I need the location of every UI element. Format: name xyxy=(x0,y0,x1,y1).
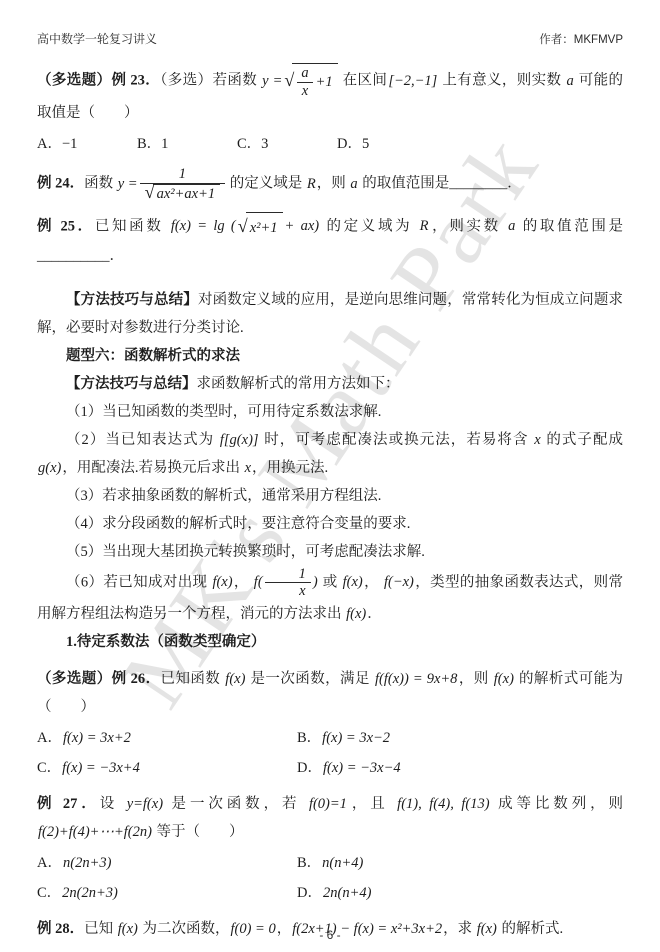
problem-27-option-c: C．2n(2n+3) xyxy=(37,880,297,906)
math-run: x xyxy=(301,83,309,99)
problem-26-stem: （多选题）例 26．已知函数 f(x) 是一次函数，满足 f(f(x)) = 9… xyxy=(37,665,623,721)
math-run: 2n(n+4) xyxy=(322,885,372,901)
text-run: D． xyxy=(297,885,322,901)
radicand: ax+1 xyxy=(292,63,337,99)
math-run: + ax) xyxy=(284,218,321,234)
math-run: x²+1 xyxy=(249,214,279,242)
text-run: A． xyxy=(37,730,62,746)
text-run: 已知函数 xyxy=(95,218,170,234)
math-run: [−2,−1] xyxy=(387,73,438,89)
bold-text-run: 【方法技巧与总结】 xyxy=(66,292,198,308)
problem-26-options-row-2: C．f(x) = −3x+4 D．f(x) = −3x−4 xyxy=(37,755,623,781)
document-body: （多选题）例 23．（多选）若函数 y =√ax+1 在区间[−2,−1] 上有… xyxy=(37,63,623,943)
bold-text-run: （多选题）例 23． xyxy=(37,73,160,89)
text-run: ，则 xyxy=(317,176,350,192)
text-run: B． xyxy=(297,855,321,871)
method-summary-analytic: 【方法技巧与总结】求函数解析式的常用方法如下： xyxy=(37,370,623,398)
fraction: 1√ax²+ax+1 xyxy=(140,166,226,202)
text-run: D． xyxy=(297,760,322,776)
text-run: （3）若求抽象函数的解析式，通常采用方程组法. xyxy=(66,488,381,504)
text-run: 是一次函数，满足 xyxy=(246,671,374,687)
text-run: A． xyxy=(37,855,62,871)
fraction-numerator: 1 xyxy=(265,566,311,583)
math-run: +1 xyxy=(315,68,334,96)
radicand: x²+1 xyxy=(246,212,283,242)
sqrt-radical: √ax²+ax+1 xyxy=(145,184,221,203)
bold-text-run: 【方法技巧与总结】 xyxy=(66,376,197,392)
method-summary-domain: 【方法技巧与总结】对函数定义域的应用，是逆向思维问题，常常转化为恒成立问题求解，… xyxy=(37,286,623,342)
text-run: （2）当已知表达式为 xyxy=(66,432,219,448)
text-run: 等于（ ） xyxy=(153,824,244,840)
problem-23-options: A．−1 B．1 C．3 D．5 xyxy=(37,131,623,157)
subsection-1-heading: 1.待定系数法（函数类型确定） xyxy=(37,628,623,656)
math-run: 2n(2n+3) xyxy=(61,885,119,901)
text-run: ． xyxy=(367,606,382,622)
method-item-3: （3）若求抽象函数的解析式，通常采用方程组法. xyxy=(37,482,623,510)
problem-23-option-c: C．3 xyxy=(237,131,337,157)
math-run: a xyxy=(507,218,516,234)
math-run: a xyxy=(349,176,358,192)
text-run: B． xyxy=(297,730,321,746)
text-run: B．1 xyxy=(137,136,168,152)
problem-23-stem: （多选题）例 23．（多选）若函数 y =√ax+1 在区间[−2,−1] 上有… xyxy=(37,63,623,127)
method-item-5: （5）当出现大基团换元转换繁琐时，可考虑配凑法求解. xyxy=(37,538,623,566)
text-run: C． xyxy=(37,760,61,776)
problem-26-options-row-1: A．f(x) = 3x+2 B．f(x) = 3x−2 xyxy=(37,725,623,751)
text-run: 函数 xyxy=(84,176,117,192)
text-run: 的式子配成 xyxy=(542,432,623,448)
document-page: 高中数学一轮复习讲义 作者：MKFMVP （多选题）例 23．（多选）若函数 y… xyxy=(0,30,660,943)
math-run: 1 xyxy=(178,166,187,182)
problem-25-stem: 例 25．已知函数 f(x) = lg (√x²+1+ ax) 的定义域为 R，… xyxy=(37,212,623,270)
math-run: f[g(x)] xyxy=(219,432,260,448)
radical-sign: √ xyxy=(145,183,155,201)
problem-24-stem: 例 24．函数 y =1√ax²+ax+1 的定义域是 R，则 a 的取值范围是… xyxy=(37,166,623,202)
radical-sign: √ xyxy=(284,71,294,89)
topic-6-heading: 题型六：函数解析式的求法 xyxy=(37,342,623,370)
math-run: y=f(x) xyxy=(126,796,164,812)
math-run: ax²+ax+1 xyxy=(156,186,217,203)
problem-26-option-a: A．f(x) = 3x+2 xyxy=(37,725,297,751)
method-item-6: （6）若已知成对出现 f(x)， f(1x) 或 f(x)， f(−x)，类型的… xyxy=(37,566,623,628)
text-run: ， xyxy=(364,574,383,590)
math-run: f(x) xyxy=(342,574,364,590)
page-header: 高中数学一轮复习讲义 作者：MKFMVP xyxy=(37,30,623,47)
text-run: 已知函数 xyxy=(161,671,225,687)
math-run: y = xyxy=(117,176,139,192)
math-run: x xyxy=(533,432,541,448)
radicand: ax²+ax+1 xyxy=(153,184,221,203)
math-run: f(1), f(4), f(13) xyxy=(396,796,490,812)
math-run: R xyxy=(306,176,317,192)
math-run: f(x) = lg ( xyxy=(170,218,237,234)
problem-23-option-d: D．5 xyxy=(337,131,437,157)
problem-27-options-row-2: C．2n(2n+3) D．2n(n+4) xyxy=(37,880,623,906)
problem-27-option-b: B．n(n+4) xyxy=(297,850,557,876)
page-number: - 6 - xyxy=(0,928,660,942)
fraction-numerator: a xyxy=(296,65,313,82)
math-run: f(x) = −3x+4 xyxy=(61,760,141,776)
text-run: C．3 xyxy=(237,136,268,152)
text-run: 是一次函数，若 xyxy=(164,796,308,812)
problem-27-option-a: A．n(2n+3) xyxy=(37,850,297,876)
math-run: f(x) = −3x−4 xyxy=(322,760,402,776)
text-run: （5）当出现大基团换元转换繁琐时，可考虑配凑法求解. xyxy=(66,544,425,560)
method-item-1: （1）当已知函数的类型时，可用待定系数法求解. xyxy=(37,398,623,426)
math-run: n(n+4) xyxy=(321,855,364,871)
fraction-denominator: x xyxy=(297,82,313,100)
text-run: ，用换元法. xyxy=(252,460,328,476)
problem-23-option-b: B．1 xyxy=(137,131,237,157)
text-run: （6）若已知成对出现 xyxy=(66,574,211,590)
math-run: n(2n+3) xyxy=(62,855,112,871)
math-run: g(x) xyxy=(37,460,62,476)
fraction-numerator: 1 xyxy=(174,166,191,183)
bold-text-run: 1.待定系数法（函数类型确定） xyxy=(66,634,265,650)
math-run: f(2)+f(4)+⋯+f(2n) xyxy=(37,824,153,840)
text-run: ，则实数 xyxy=(429,218,507,234)
sqrt-radical: √ax+1 xyxy=(284,63,337,99)
text-run: 或 xyxy=(319,574,342,590)
method-item-4: （4）求分段函数的解析式时，要注意符合变量的要求. xyxy=(37,510,623,538)
problem-23-option-a: A．−1 xyxy=(37,131,137,157)
text-run: （多选）若函数 xyxy=(160,73,261,89)
text-run: 成等比数列，则 xyxy=(491,796,623,812)
math-run: x xyxy=(244,460,252,476)
bold-text-run: 例 25． xyxy=(37,218,95,234)
sqrt-radical: √x²+1 xyxy=(238,212,283,242)
math-run: x xyxy=(298,583,306,599)
math-run: f(x) xyxy=(211,574,233,590)
bold-text-run: （多选题）例 26． xyxy=(37,671,161,687)
fraction-denominator: x xyxy=(265,582,310,600)
text-run: 的定义域是 xyxy=(226,176,306,192)
problem-26-option-d: D．f(x) = −3x−4 xyxy=(297,755,557,781)
math-run: ) xyxy=(312,574,319,590)
math-run: 1 xyxy=(298,566,307,582)
math-run: y = xyxy=(261,73,283,89)
text-run: C． xyxy=(37,885,61,901)
text-run: （1）当已知函数的类型时，可用待定系数法求解. xyxy=(66,404,381,420)
bold-text-run: 题型六：函数解析式的求法 xyxy=(66,348,240,364)
text-run: （4）求分段函数的解析式时，要注意符合变量的要求. xyxy=(66,516,410,532)
text-run: ，用配凑法.若易换元后求出 xyxy=(62,460,243,476)
fraction-denominator: √ax²+ax+1 xyxy=(140,183,226,203)
bold-text-run: 例 27． xyxy=(37,796,100,812)
math-run: f(−x) xyxy=(383,574,415,590)
bold-text-run: 例 24． xyxy=(37,176,84,192)
math-run: f(x) = 3x+2 xyxy=(62,730,132,746)
radical-sign: √ xyxy=(238,217,248,235)
math-run: f(x) xyxy=(345,606,367,622)
document-title: 高中数学一轮复习讲义 xyxy=(37,30,157,47)
text-run: D．5 xyxy=(337,136,369,152)
text-run: 上有意义，则实数 xyxy=(438,73,565,89)
text-run: ，则 xyxy=(458,671,492,687)
text-run: ， xyxy=(234,574,253,590)
problem-26-option-c: C．f(x) = −3x+4 xyxy=(37,755,297,781)
text-run: 求函数解析式的常用方法如下： xyxy=(197,376,400,392)
problem-27-option-d: D．2n(n+4) xyxy=(297,880,557,906)
math-run: f(f(x)) = 9x+8 xyxy=(374,671,458,687)
text-run: 在区间 xyxy=(339,73,388,89)
text-run: 设 xyxy=(100,796,126,812)
problem-27-stem: 例 27．设 y=f(x) 是一次函数，若 f(0)=1，且 f(1), f(4… xyxy=(37,790,623,846)
method-item-2: （2）当已知表达式为 f[g(x)] 时，可考虑配凑法或换元法，若易将含 x 的… xyxy=(37,426,623,482)
math-run: f(x) xyxy=(224,671,246,687)
author-label: 作者：MKFMVP xyxy=(539,31,623,47)
math-run: R xyxy=(419,218,430,234)
text-run: 时，可考虑配凑法或换元法，若易将含 xyxy=(260,432,534,448)
text-run: ，且 xyxy=(348,796,396,812)
text-run: 的取值范围是________． xyxy=(359,176,522,192)
math-run: f(x) xyxy=(493,671,515,687)
problem-26-option-b: B．f(x) = 3x−2 xyxy=(297,725,557,751)
math-run: f( xyxy=(253,574,264,590)
fraction: ax xyxy=(296,65,313,99)
math-run: a xyxy=(300,65,309,81)
text-run: A．−1 xyxy=(37,136,77,152)
math-run: f(x) = 3x−2 xyxy=(321,730,391,746)
text-run: 的定义域为 xyxy=(320,218,418,234)
math-run: a xyxy=(565,73,574,89)
fraction: 1x xyxy=(265,566,311,600)
math-run: f(0)=1 xyxy=(308,796,348,812)
problem-27-options-row-1: A．n(2n+3) B．n(n+4) xyxy=(37,850,623,876)
